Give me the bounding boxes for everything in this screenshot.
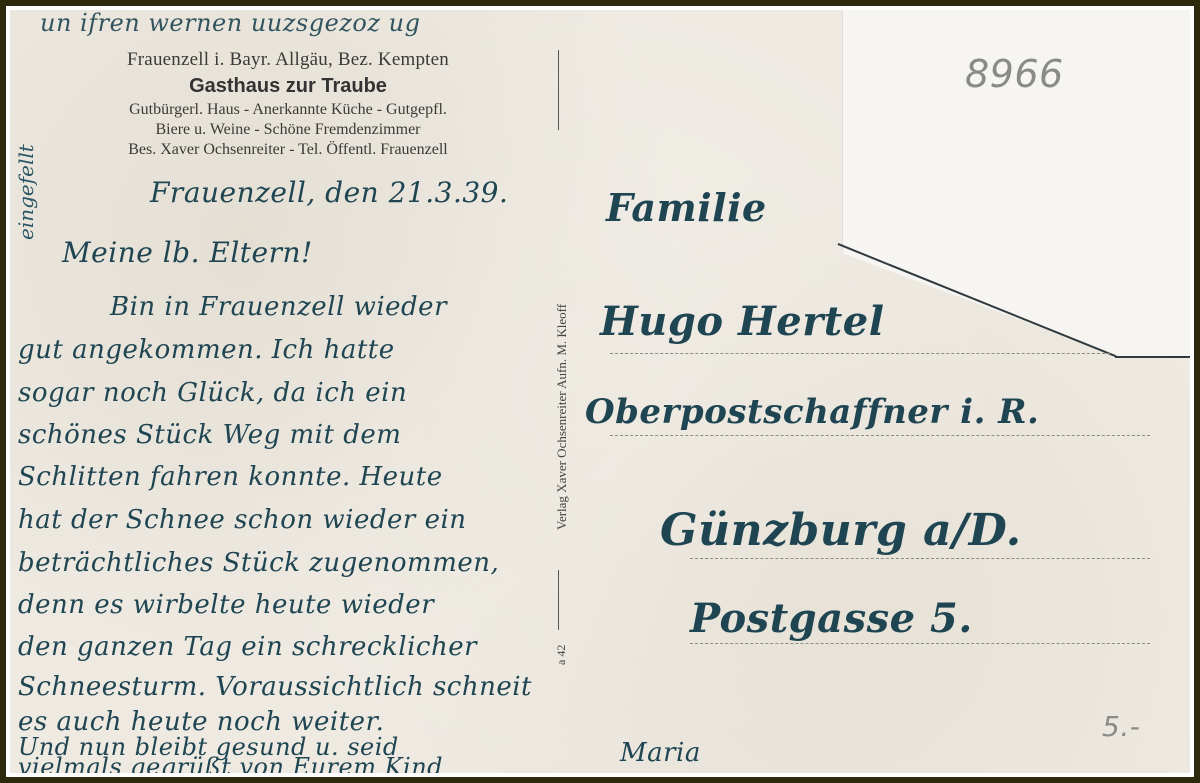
publisher-imprint: Verlag Xaver Ochsenreiter Aufn. M. Kleof…	[554, 150, 570, 530]
address-line-4	[690, 643, 1150, 644]
message-line: gut angekommen. Ich hatte	[18, 335, 395, 365]
message-line: beträchtliches Stück zugenommen,	[18, 548, 499, 578]
address-title: Oberpostschaffner i. R.	[585, 392, 1039, 432]
top-overflow-handwriting: un ifren wernen uuzsgezoz ug	[40, 10, 420, 38]
header-location: Frauenzell i. Bayr. Allgäu, Bez. Kempten	[38, 48, 538, 72]
message-line: Schlitten fahren konnte. Heute	[18, 462, 443, 492]
printed-header: Frauenzell i. Bayr. Allgäu, Bez. Kempten…	[38, 48, 538, 160]
message-line: hat der Schnee schon wieder ein	[18, 505, 467, 535]
header-line-3: Bes. Xaver Ochsenreiter - Tel. Öffentl. …	[38, 140, 538, 160]
center-divider-bottom	[558, 570, 559, 630]
center-divider-top	[558, 50, 559, 130]
address-line-1	[610, 353, 1110, 354]
message-line: schönes Stück Weg mit dem	[18, 420, 401, 450]
message-place-date: Frauenzell, den 21.3.39.	[150, 178, 508, 208]
address-street: Postgasse 5.	[690, 595, 973, 642]
message-line: sogar noch Glück, da ich ein	[18, 378, 407, 408]
address-recipient-2: Hugo Hertel	[600, 298, 884, 345]
message-line: Schneesturm. Voraussichtlich schneit	[18, 672, 532, 702]
message-line: Bin in Frauenzell wieder	[110, 292, 447, 322]
message-line: vielmals gegrüßt von Eurem Kind	[18, 752, 443, 773]
pencil-number: 8966	[965, 52, 1064, 96]
message-signature: Maria	[620, 738, 701, 768]
patch-edge	[1115, 356, 1190, 358]
header-line-2: Biere u. Weine - Schöne Fremdenzimmer	[38, 120, 538, 140]
header-line-1: Gutbürgerl. Haus - Anerkannte Küche - Gu…	[38, 100, 538, 120]
address-city: Günzburg a/D.	[660, 505, 1022, 556]
pencil-price: 5.-	[1102, 710, 1140, 743]
address-line-2	[610, 435, 1150, 436]
message-greeting: Meine lb. Eltern!	[62, 238, 313, 268]
message-line: den ganzen Tag ein schrecklicher	[18, 632, 477, 662]
left-margin-handwriting: eingefellt	[14, 144, 38, 240]
address-recipient-1: Familie	[606, 185, 767, 230]
publisher-number: a 42	[554, 645, 569, 665]
message-line: denn es wirbelte heute wieder	[18, 590, 434, 620]
header-business-name: Gasthaus zur Traube	[38, 72, 538, 100]
postcard-back: un ifren wernen uuzsgezoz ug eingefellt …	[10, 10, 1190, 773]
address-line-3	[690, 558, 1150, 559]
